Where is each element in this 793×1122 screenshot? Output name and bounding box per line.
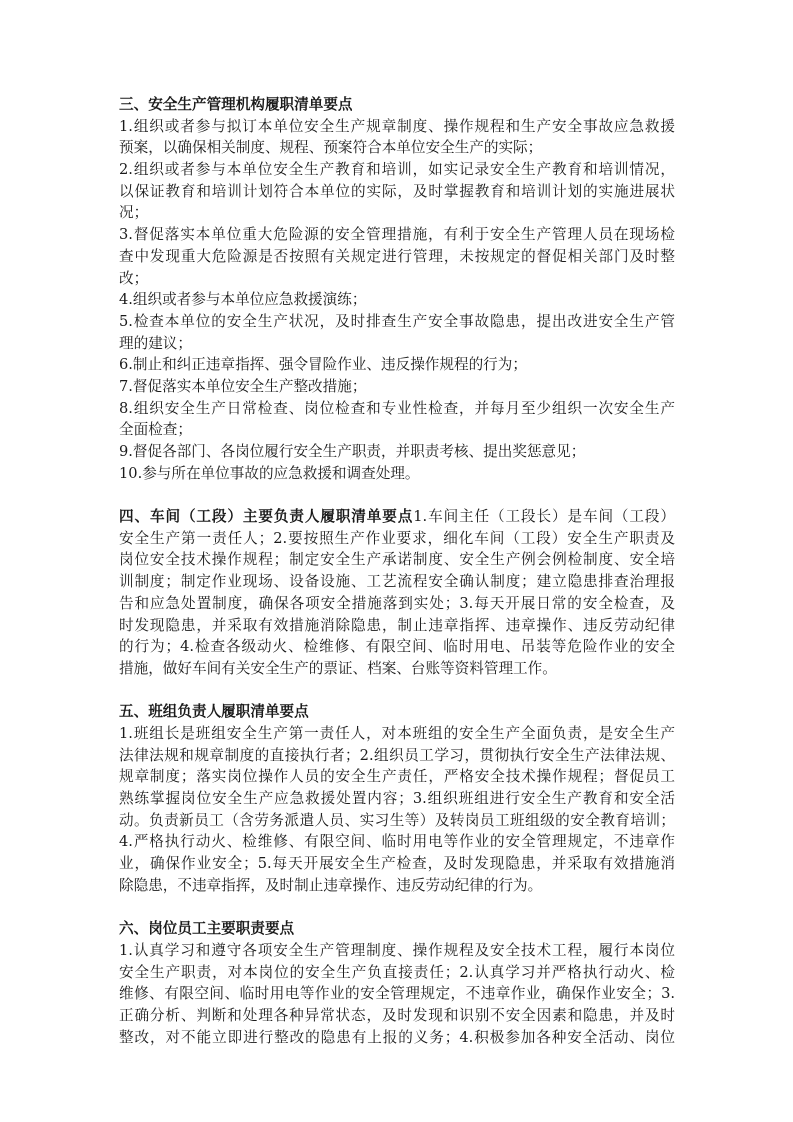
paragraph-line: 改；: [119, 268, 675, 290]
paragraph-line: 措施，做好车间有关安全生产的票证、档案、台账等资料管理工作。: [119, 658, 675, 680]
paragraph-line: 1.组织或者参与拟订本单位安全生产规章制度、操作规程和生产安全事故应急救援: [119, 116, 675, 138]
section-heading: 六、岗位员工主要职责要点: [119, 918, 675, 940]
paragraph-text: 1.车间主任（工段长）是车间（工段）: [413, 508, 675, 525]
paragraph-line: 预案，以确保相关制度、规程、预案符合本单位安全生产的实际；: [119, 137, 675, 159]
paragraph-line: 4.组织或者参与本单位应急救援演练；: [119, 289, 675, 311]
spacer: [119, 896, 675, 918]
paragraph-line: 除隐患，不违章指挥，及时制止违章操作、违反劳动纪律的行为。: [119, 875, 675, 897]
paragraph-line: 安全生产职责，对本岗位的安全生产负直接责任；2.认真学习并严格执行动火、检: [119, 962, 675, 984]
paragraph-line: 10.参与所在单位事故的应急救援和调查处理。: [119, 463, 675, 485]
section-post-employee: 六、岗位员工主要职责要点 1.认真学习和遵守各项安全生产管理制度、操作规程及安全…: [119, 918, 675, 1048]
paragraph-line: 正确分析、判断和处理各种异常状态，及时发现和识别不安全因素和隐患，并及时: [119, 1005, 675, 1027]
paragraph-line: 四、车间（工段）主要负责人履职清单要点1.车间主任（工段长）是车间（工段）: [119, 506, 675, 528]
section-heading: 四、车间（工段）主要负责人履职清单要点: [119, 508, 413, 525]
document-page: 三、安全生产管理机构履职清单要点 1.组织或者参与拟订本单位安全生产规章制度、操…: [119, 94, 675, 1048]
paragraph-line: 的行为；4.检查各级动火、检维修、有限空间、临时用电、吊装等危险作业的安全: [119, 636, 675, 658]
paragraph-line: 全面检查；: [119, 419, 675, 441]
paragraph-line: 2.组织或者参与本单位安全生产教育和培训，如实记录安全生产教育和培训情况，: [119, 159, 675, 181]
paragraph-line: 5.检查本单位的安全生产状况，及时排查生产安全事故隐患，提出改进安全生产管: [119, 311, 675, 333]
paragraph-line: 1.班组长是班组安全生产第一责任人，对本班组的安全生产全面负责，是安全生产: [119, 723, 675, 745]
spacer: [119, 680, 675, 702]
section-workshop-head: 四、车间（工段）主要负责人履职清单要点1.车间主任（工段长）是车间（工段） 安全…: [119, 506, 675, 680]
paragraph-line: 规章制度；落实岗位操作人员的安全生产责任，严格安全技术操作规程；督促员工: [119, 766, 675, 788]
paragraph-line: 告和应急处置制度，确保各项安全措施落到实处；3.每天开展日常的安全检查，及: [119, 593, 675, 615]
paragraph-line: 法律法规和规章制度的直接执行者；2.组织员工学习，贯彻执行安全生产法律法规、: [119, 745, 675, 767]
paragraph-line: 8.组织安全生产日常检查、岗位检查和专业性检查，并每月至少组织一次安全生产: [119, 398, 675, 420]
paragraph-line: 整改，对不能立即进行整改的隐患有上报的义务；4.积极参加各种安全活动、岗位: [119, 1027, 675, 1049]
paragraph-line: 动。负责新员工（含劳务派遣人员、实习生等）及转岗员工班组级的安全教育培训；: [119, 810, 675, 832]
paragraph-line: 况；: [119, 202, 675, 224]
paragraph-line: 维修、有限空间、临时用电等作业的安全管理规定，不违章作业，确保作业安全；3.: [119, 983, 675, 1005]
paragraph-line: 以保证教育和培训计划符合本单位的实际，及时掌握教育和培训计划的实施进展状: [119, 181, 675, 203]
paragraph-line: 7.督促落实本单位安全生产整改措施；: [119, 376, 675, 398]
paragraph-line: 6.制止和纠正违章指挥、强令冒险作业、违反操作规程的行为；: [119, 354, 675, 376]
section-heading: 三、安全生产管理机构履职清单要点: [119, 94, 675, 116]
section-heading: 五、班组负责人履职清单要点: [119, 701, 675, 723]
paragraph-line: 4.严格执行动火、检维修、有限空间、临时用电等作业的安全管理规定，不违章作: [119, 831, 675, 853]
paragraph-line: 训制度；制定作业现场、设备设施、工艺流程安全确认制度；建立隐患排查治理报: [119, 571, 675, 593]
paragraph-line: 9.督促各部门、各岗位履行安全生产职责，并职责考核、提出奖惩意见；: [119, 441, 675, 463]
paragraph-line: 时发现隐患，并采取有效措施消除隐患，制止违章指挥、违章操作、违反劳动纪律: [119, 615, 675, 637]
section-team-leader: 五、班组负责人履职清单要点 1.班组长是班组安全生产第一责任人，对本班组的安全生…: [119, 701, 675, 896]
section-safety-management-body: 三、安全生产管理机构履职清单要点 1.组织或者参与拟订本单位安全生产规章制度、操…: [119, 94, 675, 484]
spacer: [119, 484, 675, 506]
paragraph-line: 3.督促落实本单位重大危险源的安全管理措施，有利于安全生产管理人员在现场检: [119, 224, 675, 246]
paragraph-line: 业，确保作业安全；5.每天开展安全生产检查，及时发现隐患，并采取有效措施消: [119, 853, 675, 875]
paragraph-line: 查中发现重大危险源是否按照有关规定进行管理，未按规定的督促相关部门及时整: [119, 246, 675, 268]
paragraph-line: 1.认真学习和遵守各项安全生产管理制度、操作规程及安全技术工程，履行本岗位: [119, 940, 675, 962]
paragraph-line: 熟练掌握岗位安全生产应急救援处置内容；3.组织班组进行安全生产教育和安全活: [119, 788, 675, 810]
paragraph-line: 理的建议；: [119, 333, 675, 355]
paragraph-line: 岗位安全技术操作规程；制定安全生产承诺制度、安全生产例会例检制度、安全培: [119, 549, 675, 571]
paragraph-line: 安全生产第一责任人；2.要按照生产作业要求，细化车间（工段）安全生产职责及: [119, 528, 675, 550]
